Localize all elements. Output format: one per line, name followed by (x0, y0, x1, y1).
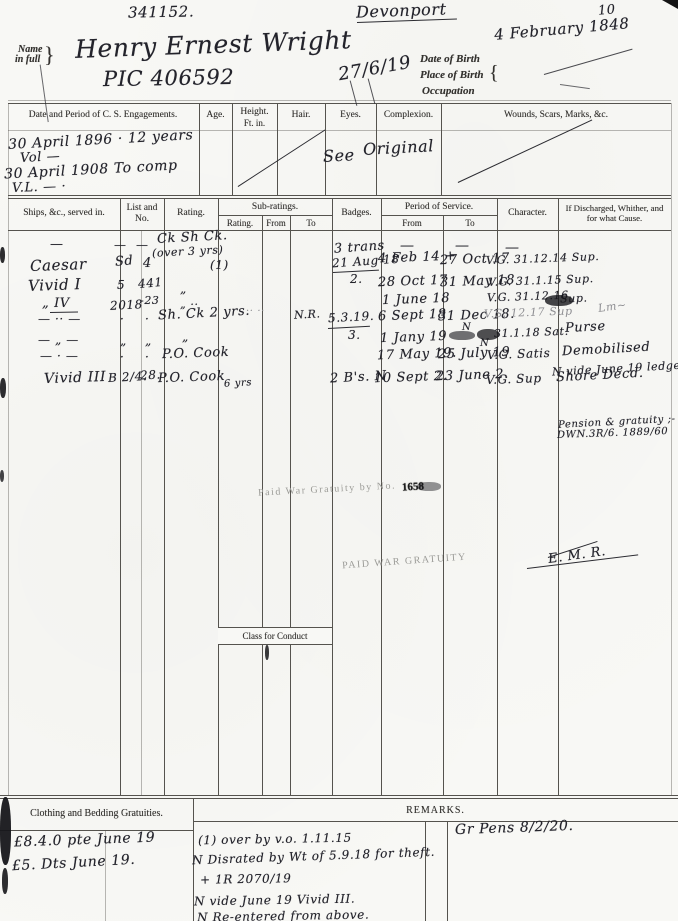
list-entry: 4 (143, 256, 152, 271)
col-hair: Hair. (277, 110, 325, 121)
list-entry: -23 (140, 294, 160, 307)
col-badges: Badges. (332, 208, 381, 219)
serial-number: 341152. (128, 2, 195, 21)
list-entry: · (120, 350, 124, 364)
pob-label: Place of Birth (420, 69, 484, 82)
col-ships: Ships, &c., served in. (8, 208, 120, 219)
badges-entry: 2. (350, 272, 363, 286)
badges-entry: 3. (348, 328, 361, 342)
col-subratings: Sub-ratings. (218, 202, 332, 213)
col-subrating-from: From (262, 218, 290, 228)
clothing-entry: £5. Dts June 19. (12, 852, 136, 874)
remarks-line: N Re-entered from above. (197, 907, 370, 921)
col-age: Age. (199, 110, 232, 121)
col-rating: Rating. (164, 208, 218, 219)
col-complexion: Complexion. (376, 110, 441, 121)
ink-smudge (417, 482, 441, 491)
official-number: PIC 406592 (103, 65, 235, 91)
document-page: Name in full } Date of Birth Place of Bi… (0, 0, 678, 921)
period-from: 6 Sept 18 (378, 307, 447, 324)
rating-entry: „ (180, 282, 187, 296)
period-from: 1 June 18 (382, 291, 451, 308)
rating-entry: P.O. Cook (158, 369, 226, 386)
pen-stroke (560, 84, 590, 89)
rating-entry: „ (182, 330, 189, 344)
col-period-from: From (381, 218, 443, 228)
col-period-to: To (443, 218, 497, 228)
subrating-note: ·· ·· (246, 306, 265, 317)
clothing-header: Clothing and Bedding Gratuities. (0, 808, 193, 820)
discharge-entry: Lm~ (597, 298, 627, 315)
list-entry: · (120, 312, 124, 326)
remarks-line: (1) over by v.o. 1.11.15 (198, 831, 352, 848)
col-eyes: Eyes. (325, 110, 376, 121)
engagement-line1: 30 April 1896 · 12 years (8, 127, 194, 153)
dob-value: 4 February 1848 (493, 14, 630, 44)
rating-entry: 6 yrs (224, 377, 253, 389)
ink-smudge (0, 378, 6, 398)
subrating-note: N.R. (294, 307, 321, 321)
col-list-no: List and No. (120, 203, 164, 225)
col-subrating-to: To (290, 218, 332, 228)
remarks-line: N Disrated by Wt of 5.9.18 for theft. (192, 845, 435, 867)
rating-entry: (1) (210, 258, 229, 272)
col-discharged: If Discharged, Whither, and for what Cau… (560, 203, 669, 223)
ship-entry: Vivid III (44, 369, 107, 387)
character-entry: V.G. Sup (486, 371, 542, 387)
discharge-entry: Demobilised (562, 340, 651, 360)
ship-entry: — · — (40, 349, 78, 363)
remarks-line: + 1R 2070/19 (200, 871, 292, 887)
scan-artifact (662, 0, 678, 9)
list-entry: Sd (114, 253, 134, 270)
badges-entry: 5.3.19. (328, 309, 375, 325)
period-from: 28 Oct 17 (378, 273, 448, 290)
ink-smudge (0, 247, 5, 263)
list-entry: 441 (137, 275, 163, 291)
ink-smudge (265, 645, 269, 660)
ship-entry: — „ — (38, 333, 79, 347)
see-original: See (323, 145, 356, 166)
col-height: Height. (232, 107, 277, 118)
col-period: Period of Service. (381, 202, 497, 213)
ship-entry: — (50, 237, 64, 252)
pen-stroke (238, 129, 326, 187)
ship-entry: Caesar (30, 255, 87, 275)
war-gratuity-stamp-note: Paid War Gratuity by No. (258, 480, 396, 498)
ink-smudge (2, 868, 8, 894)
pen-stroke (544, 49, 633, 76)
list-entry: — (114, 238, 127, 252)
character-entry: V.G. 31.1.15 Sup. (488, 272, 594, 289)
date-note: 27/6/19 (337, 52, 413, 85)
col-character: Character. (497, 208, 558, 219)
ship-entry: Vivid I (28, 275, 82, 295)
ink-smudge (0, 470, 4, 482)
remarks-header: REMARKS. (193, 805, 678, 817)
col-height-units: Ft. in. (232, 118, 277, 128)
list-entry: · (145, 312, 149, 326)
name-label: in full (15, 54, 40, 66)
list-entry: · (145, 350, 149, 364)
remarks-line: N vide June 19 Vivid III. (194, 892, 355, 909)
dob-label: Date of Birth (420, 53, 480, 66)
col-subrating-rating: Rating. (218, 218, 262, 228)
rating-entry: Sh. Ck 2 yrs. (158, 304, 251, 324)
occupation-label: Occupation (422, 85, 475, 98)
period-from: 1 Jany 19 (380, 329, 448, 346)
character-entry: 31.1.18 Sat. (494, 325, 569, 341)
rating-entry: P.O. Cook (162, 345, 230, 362)
see-original: Original (363, 136, 435, 159)
ship-entry: — ·· — (38, 312, 81, 326)
clothing-entry: £8.4.0 pte June 19 (14, 830, 156, 851)
character-entry: V.G. 31.12.14 Sup. (486, 250, 600, 267)
ink-smudge (0, 797, 11, 865)
name-value: Henry Ernest Wright (75, 25, 353, 64)
col-wounds: Wounds, Scars, Marks, &c. (441, 110, 671, 121)
name-brace: } (44, 42, 55, 67)
list-entry: — (136, 238, 149, 252)
class-for-conduct-band: Class for Conduct (218, 627, 332, 645)
list-entry: 5 (117, 278, 125, 292)
list-entry: „ (120, 334, 127, 348)
ink-smudge (545, 295, 573, 306)
list-entry: „ (145, 334, 152, 348)
col-engagements: Date and Period of C. S. Engagements. (10, 110, 196, 121)
character-entry: V.G. Satis (487, 346, 551, 362)
ship-entry: „ IV (42, 296, 70, 311)
character-entry: V.S. 12.17 Sup (484, 304, 573, 320)
ink-smudge (449, 331, 475, 340)
pob-brace: { (489, 62, 499, 85)
pension-remark: Gr Pens 8/2/20. (455, 818, 574, 838)
class-for-conduct-label: Class for Conduct (218, 631, 332, 641)
discharge-entry: Shore Decd. (556, 366, 644, 386)
list-entry: 2018 (110, 297, 144, 313)
ink-smudge (477, 329, 499, 340)
paid-war-gratuity-stamp: PAID WAR GRATUITY (342, 552, 467, 572)
engagement-line4: V.L. — · (12, 179, 67, 196)
discharge-entry: Purse (565, 319, 606, 336)
